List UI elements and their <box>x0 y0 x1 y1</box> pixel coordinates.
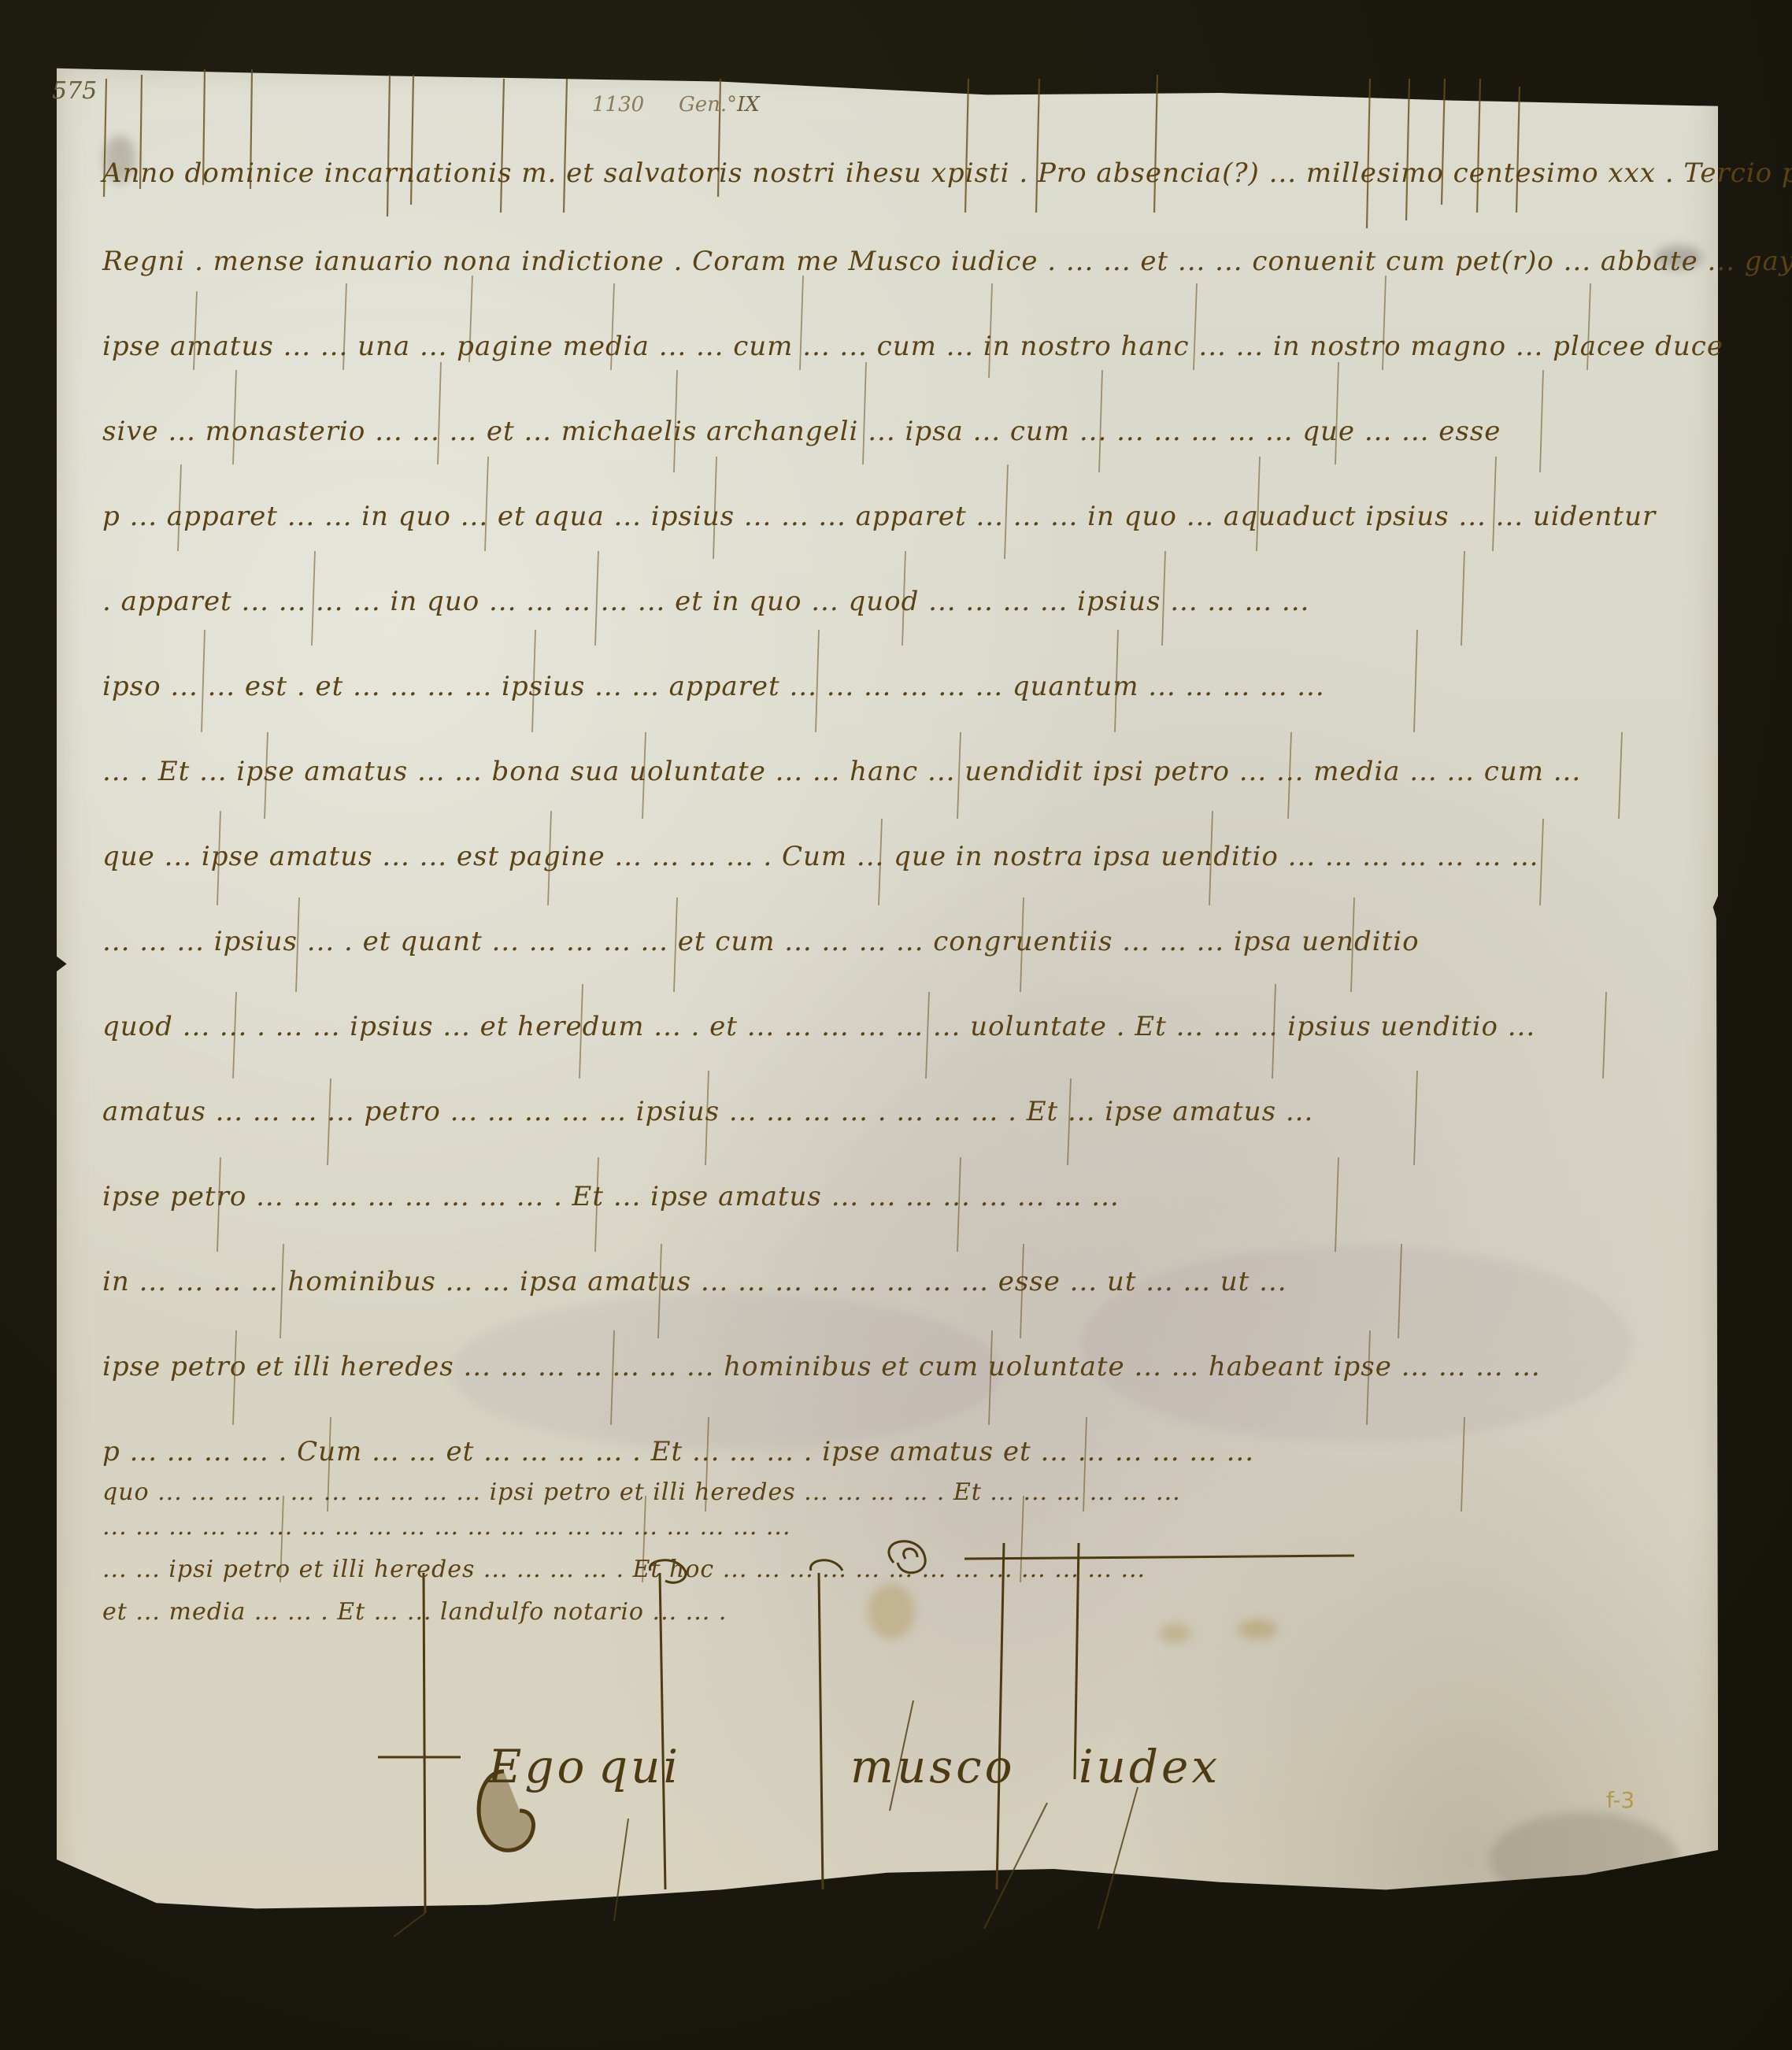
text-line: ipse amatus ... ... una ... pagine media… <box>102 331 1724 362</box>
text-line: quo ... ... ... ... ... ... ... ... ... … <box>102 1478 1181 1506</box>
text-line: sive ... monasterio ... ... ... et ... m… <box>102 416 1501 447</box>
text-line: ... ... ... ipsius ... . et quant ... ..… <box>102 926 1420 957</box>
archive-date-day: IX <box>737 93 760 117</box>
text-line: . apparet ... ... ... ... in quo ... ...… <box>102 586 1309 617</box>
text-line: que ... ipse amatus ... ... est pagine .… <box>102 841 1538 872</box>
text-line: et ... media ... ... . Et ... ... landul… <box>102 1598 727 1626</box>
text-line: quod ... ... . ... ... ipsius ... et her… <box>102 1011 1535 1042</box>
signature-word-musco: musco <box>850 1740 1016 1793</box>
text-line: amatus ... ... ... ... petro ... ... ...… <box>102 1096 1313 1127</box>
text-line: p ... ... ... ... . Cum ... ... et ... .… <box>102 1436 1254 1467</box>
signature-word-iudex: iudex <box>1079 1740 1220 1793</box>
text-line: ... ... ... ... ... ... ... ... ... ... … <box>102 1513 791 1541</box>
text-line: ipse petro et illi heredes ... ... ... .… <box>102 1351 1541 1382</box>
archive-number: 575 <box>52 77 97 105</box>
stain <box>868 1584 915 1639</box>
stain <box>1238 1619 1277 1639</box>
shelfmark-note: f-3 <box>1606 1787 1635 1813</box>
stain <box>1159 1623 1190 1643</box>
text-line: in ... ... ... ... hominibus ... ... ips… <box>102 1266 1287 1297</box>
text-line: ... ... ipsi petro et illi heredes ... .… <box>102 1556 1146 1583</box>
archive-date-month: Gen.° <box>679 93 737 117</box>
text-line: ipse petro ... ... ... ... ... ... ... .… <box>102 1181 1120 1212</box>
text-line: p ... apparet ... ... in quo ... et aqua… <box>102 501 1656 532</box>
signature-word-qui: qui <box>598 1740 681 1793</box>
text-line: Anno dominice incarnationis m. et salvat… <box>102 157 1792 189</box>
signature-word-ego: Ego <box>488 1740 587 1793</box>
text-line: ipso ... ... est . et ... ... ... ... ip… <box>102 671 1325 702</box>
text-line: Regni . mense ianuario nona indictione .… <box>102 246 1792 277</box>
archive-date-year: 1130 <box>592 93 644 117</box>
text-line: ... . Et ... ipse amatus ... ... bona su… <box>102 756 1581 787</box>
